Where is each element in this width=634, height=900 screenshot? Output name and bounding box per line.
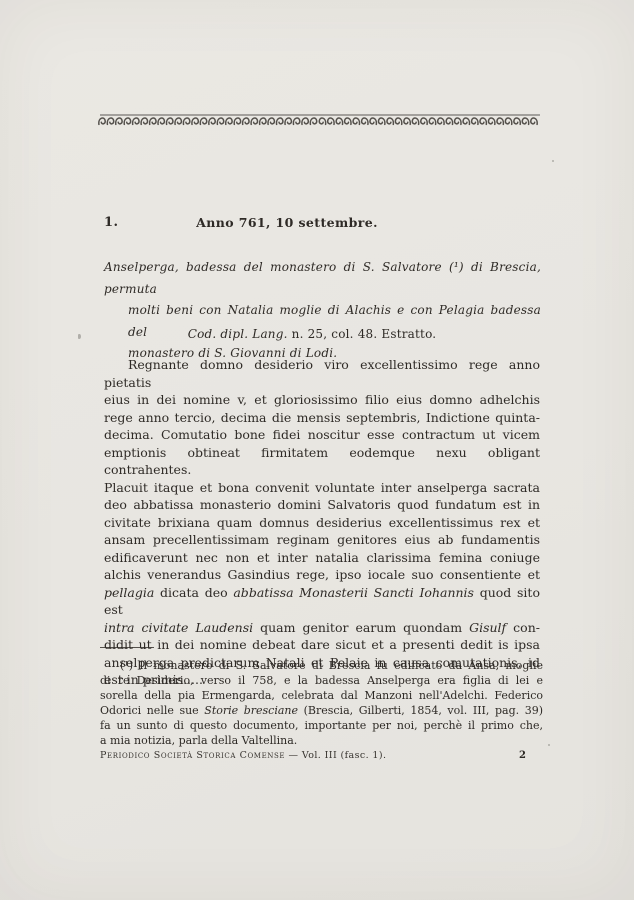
text-run: emptionis obtineat firmitatem eodemque n… [104, 445, 540, 478]
text-run: Storie bresciane [204, 704, 298, 717]
text-line: Placuit itaque et bona convenit voluntat… [104, 479, 540, 497]
text-line: di re Desiderio, verso il 758, e la bade… [100, 673, 543, 688]
text-line: sorella della pia Ermengarda, celebrata … [100, 688, 543, 703]
text-run: decima. Comutatio bone fidei noscitur es… [104, 427, 540, 442]
text-run: edificaverunt nec non et inter natalia c… [104, 550, 540, 565]
text-line: intra civitate Laudensi quam genitor ear… [104, 619, 540, 637]
document-summary: Anselperga, badessa del monastero di S. … [104, 257, 541, 365]
text-run: Placuit itaque et bona convenit voluntat… [104, 480, 540, 495]
text-run: intra civitate Laudensi [104, 620, 253, 635]
scanned-page: 1. Anno 761, 10 settembre. Anselperga, b… [0, 0, 634, 900]
text-run: di re Desiderio, verso il 758, e la bade… [100, 674, 543, 687]
text-line: deo abbatissa monasterio domini Salvator… [104, 496, 540, 514]
text-line: civitate brixiana quam domnus desiderius… [104, 514, 540, 532]
text-line: pellagia dicata deo abbatissa Monasterii… [104, 584, 540, 619]
text-run: Anselperga, badessa del monastero di S. … [104, 260, 541, 296]
body-text: Regnante domno desiderio viro excellenti… [104, 356, 540, 689]
text-run: a mia notizia, parla della Valtellina. [100, 734, 297, 747]
text-run: Cod. dipl. Lang. [188, 327, 288, 341]
text-run: didit ut in dei nomine debeat dare sicut… [104, 637, 540, 652]
text-run: fa un sunto di questo documento, importa… [100, 719, 543, 732]
text-run: — Vol. III (fasc. 1). [285, 750, 386, 761]
text-run: (Brescia, Gilberti, 1854, vol. III, pag.… [298, 704, 543, 717]
text-run: pellagia [104, 585, 154, 600]
text-run: ansam precellentissimam reginam genitore… [104, 532, 540, 547]
text-line: (¹) Il monastero di S. Salvatore di Bres… [100, 658, 543, 673]
text-line: rege anno tercio, decima die mensis sept… [104, 409, 540, 427]
text-line: a mia notizia, parla della Valtellina. [100, 733, 543, 748]
text-line: eius in dei nomine v, et gloriosissimo f… [104, 391, 540, 409]
text-line: Regnante domno desiderio viro excellenti… [104, 356, 540, 391]
text-run: alchis venerandus Gasindius rege, ipso i… [104, 567, 540, 582]
text-line: Odorici nelle sue Storie bresciane (Bres… [100, 703, 543, 718]
text-line: ansam precellentissimam reginam genitore… [104, 531, 540, 549]
text-run: sorella della pia Ermengarda, celebrata … [100, 689, 543, 702]
footnote-rule [100, 647, 154, 648]
text-run: eius in dei nomine v, et gloriosissimo f… [104, 392, 540, 407]
scan-speck [552, 160, 554, 162]
text-run: Gisulf [469, 620, 506, 635]
text-run: Regnante domno desiderio viro excellenti… [104, 357, 540, 390]
text-run: quam genitor earum quondam [253, 620, 469, 635]
text-line: Anselperga, badessa del monastero di S. … [104, 257, 541, 300]
text-run: deo abbatissa monasterio domini Salvator… [104, 497, 540, 512]
text-run: abbatissa Monasterii Sancti Iohannis [233, 585, 474, 600]
text-run: con- [506, 620, 540, 635]
text-line: didit ut in dei nomine debeat dare sicut… [104, 636, 540, 654]
footnote: (¹) Il monastero di S. Salvatore di Bres… [100, 658, 543, 748]
footer-page-number: 2 [519, 750, 526, 761]
text-run: dicata deo [154, 585, 233, 600]
text-line: edificaverunt nec non et inter natalia c… [104, 549, 540, 567]
text-line: decima. Comutatio bone fidei noscitur es… [104, 426, 540, 444]
entry-heading: 1. Anno 761, 10 settembre. [104, 215, 540, 233]
text-run: n. 25, col. 48. Estratto. [288, 327, 437, 341]
text-line: alchis venerandus Gasindius rege, ipso i… [104, 566, 540, 584]
scan-speck [78, 334, 81, 339]
page-footer: Periodico Società Storica Comense — Vol.… [100, 750, 540, 761]
source-citation: Cod. dipl. Lang. n. 25, col. 48. Estratt… [100, 327, 524, 341]
text-run: rege anno tercio, decima die mensis sept… [104, 410, 540, 425]
footer-journal: Periodico Società Storica Comense — Vol.… [100, 750, 386, 761]
entry-title: Anno 761, 10 settembre. [104, 215, 470, 230]
text-run: (¹) Il monastero di S. Salvatore di Bres… [120, 659, 543, 672]
text-run: Odorici nelle sue [100, 704, 204, 717]
text-line: emptionis obtineat firmitatem eodemque n… [104, 444, 540, 479]
ornament-border [98, 114, 542, 129]
text-run: civitate brixiana quam domnus desiderius… [104, 515, 540, 530]
text-run: Periodico Società Storica Comense [100, 750, 285, 761]
scan-speck [548, 744, 550, 746]
ornament-chain-icon [99, 118, 537, 124]
text-line: fa un sunto di questo documento, importa… [100, 718, 543, 733]
